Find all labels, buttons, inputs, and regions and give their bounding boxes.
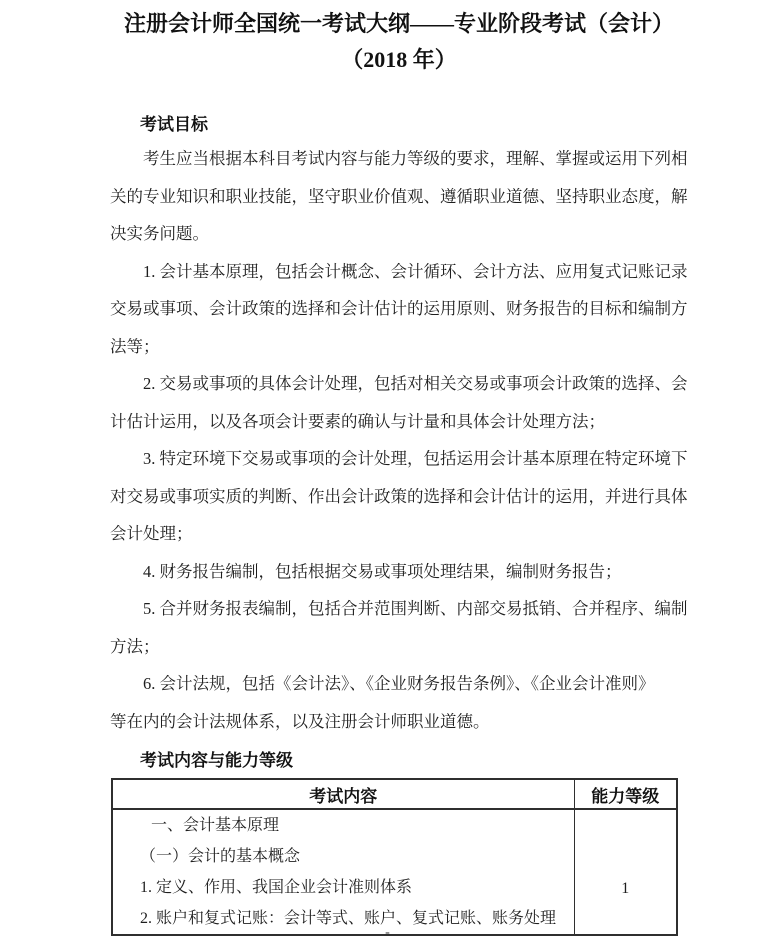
table-row: 1. 定义、作用、我国企业会计准则体系 (113, 872, 574, 903)
body-line: 等在内的会计法规体系，以及注册会计师职业道德。 (110, 703, 688, 741)
document-title: 注册会计师全国统一考试大纲——专业阶段考试（会计） (110, 6, 688, 42)
exam-content-cell: 一、会计基本原理 （一）会计的基本概念 1. 定义、作用、我国企业会计准则体系 … (112, 809, 574, 935)
table-header-row: 考试内容 能力等级 (112, 779, 677, 809)
body-line: 1. 会计基本原理，包括会计概念、会计循环、会计方法、应用复式记账记录 (110, 253, 688, 291)
body-line: 法等； (110, 328, 688, 366)
table-row: （一）会计的基本概念 (113, 841, 574, 872)
body-line: 交易或事项、会计政策的选择和会计估计的运用原则、财务报告的目标和编制方 (110, 290, 688, 328)
body-line: 4. 财务报告编制，包括根据交易或事项处理结果，编制财务报告； (110, 553, 688, 591)
table-body-row: 一、会计基本原理 （一）会计的基本概念 1. 定义、作用、我国企业会计准则体系 … (112, 809, 677, 935)
section-heading-exam-objective: 考试目标 (110, 112, 688, 138)
body-line: 2. 交易或事项的具体会计处理，包括对相关交易或事项会计政策的选择、会 (110, 365, 688, 403)
body-line: 计估计运用，以及各项会计要素的确认与计量和具体会计处理方法； (110, 403, 688, 441)
page-number-mark: - (0, 927, 775, 939)
body-line: 6. 会计法规，包括《会计法》、《企业财务报告条例》、《企业会计准则》 (110, 665, 688, 703)
section-heading-exam-content-levels: 考试内容与能力等级 (110, 748, 688, 774)
body-line: 会计处理； (110, 515, 688, 553)
document-page: 注册会计师全国统一考试大纲——专业阶段考试（会计） （2018 年） 考试目标 … (0, 0, 775, 939)
body-line: 决实务问题。 (110, 215, 688, 253)
objective-body: 考生应当根据本科目考试内容与能力等级的要求，理解、掌握或运用下列相 关的专业知识… (110, 140, 688, 740)
table-row: 一、会计基本原理 (113, 810, 574, 841)
body-line: 方法； (110, 628, 688, 666)
body-line: 对交易或事项实质的判断、作出会计政策的选择和会计估计的运用，并进行具体 (110, 478, 688, 516)
document-content: 注册会计师全国统一考试大纲——专业阶段考试（会计） （2018 年） 考试目标 … (0, 0, 775, 936)
document-subtitle: （2018 年） (110, 42, 688, 78)
table-header-exam-content: 考试内容 (112, 779, 574, 809)
ability-level-value: 1 (575, 873, 677, 904)
ability-level-cell: 1 (574, 809, 677, 935)
exam-content-table: 考试内容 能力等级 一、会计基本原理 （一）会计的基本概念 1. 定义、作用、我… (111, 778, 678, 936)
body-line: 5. 合并财务报表编制，包括合并范围判断、内部交易抵销、合并程序、编制 (110, 590, 688, 628)
body-line: 3. 特定环境下交易或事项的会计处理，包括运用会计基本原理在特定环境下 (110, 440, 688, 478)
table-header-ability-level: 能力等级 (574, 779, 677, 809)
body-line: 考生应当根据本科目考试内容与能力等级的要求，理解、掌握或运用下列相 (110, 140, 688, 178)
body-line: 关的专业知识和职业技能，坚守职业价值观、遵循职业道德、坚持职业态度，解 (110, 178, 688, 216)
